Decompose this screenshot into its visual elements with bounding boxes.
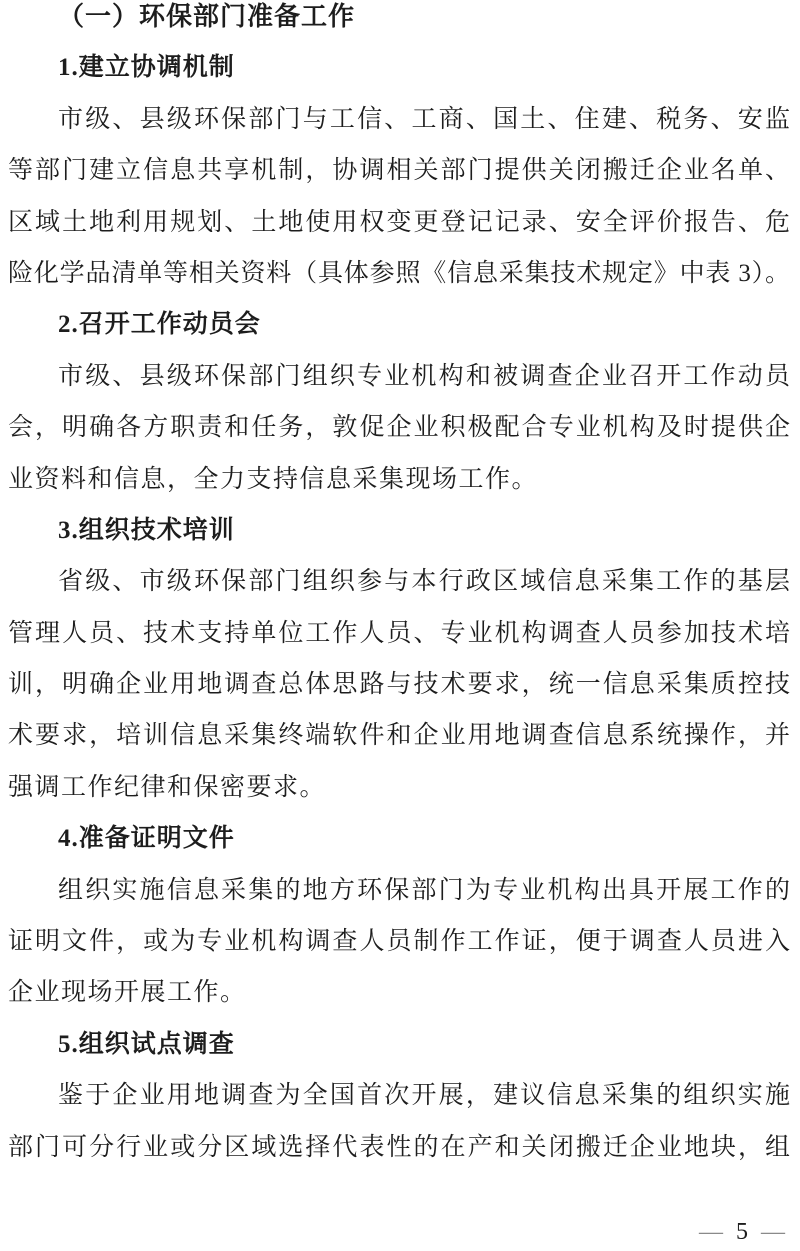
paragraph-line: 组织实施信息采集的地方环保部门为专业机构出具开展工作的: [8, 865, 790, 916]
paragraph-line: 训，明确企业用地调查总体思路与技术要求，统一信息采集质控技: [8, 659, 790, 710]
paragraph-line: 会，明确各方职责和任务，敦促企业积极配合专业机构及时提供企: [8, 402, 790, 453]
paragraph-line: 等部门建立信息共享机制，协调相关部门提供关闭搬迁企业名单、: [8, 145, 790, 196]
subsection-4-heading: 4.准备证明文件: [8, 813, 790, 864]
paragraph-line: 省级、市级环保部门组织参与本行政区域信息采集工作的基层: [8, 556, 790, 607]
page-footer: —5—: [699, 1220, 785, 1244]
subsection-5-heading: 5.组织试点调查: [8, 1019, 790, 1070]
paragraph-line: 鉴于企业用地调查为全国首次开展，建议信息采集的组织实施: [8, 1070, 790, 1121]
section-heading: （一）环保部门准备工作: [8, 0, 790, 42]
paragraph-line: 区域土地利用规划、土地使用权变更登记记录、安全评价报告、危: [8, 197, 790, 248]
paragraph-line: 管理人员、技术支持单位工作人员、专业机构调查人员参加技术培: [8, 608, 790, 659]
paragraph-line: 证明文件，或为专业机构调查人员制作工作证，便于调查人员进入: [8, 916, 790, 967]
paragraph-line: 术要求，培训信息采集终端软件和企业用地调查信息系统操作，并: [8, 710, 790, 761]
footer-dash-left: —: [699, 1219, 723, 1245]
paragraph-line: 险化学品清单等相关资料（具体参照《信息采集技术规定》中表 3）。: [8, 248, 790, 299]
subsection-3-heading: 3.组织技术培训: [8, 505, 790, 556]
footer-dash-right: —: [761, 1219, 785, 1245]
subsection-1-heading: 1.建立协调机制: [8, 42, 790, 93]
document-page: （一）环保部门准备工作 1.建立协调机制 市级、县级环保部门与工信、工商、国土、…: [0, 0, 800, 1251]
paragraph-line: 企业现场开展工作。: [8, 967, 790, 1018]
paragraph-line: 市级、县级环保部门与工信、工商、国土、住建、税务、安监: [8, 94, 790, 145]
paragraph-line: 市级、县级环保部门组织专业机构和被调查企业召开工作动员: [8, 351, 790, 402]
paragraph-line: 业资料和信息，全力支持信息采集现场工作。: [8, 454, 790, 505]
document-content: （一）环保部门准备工作 1.建立协调机制 市级、县级环保部门与工信、工商、国土、…: [0, 0, 800, 1173]
paragraph-line: 强调工作纪律和保密要求。: [8, 762, 790, 813]
paragraph-line: 部门可分行业或分区域选择代表性的在产和关闭搬迁企业地块，组: [8, 1122, 790, 1173]
page-number: 5: [736, 1219, 748, 1245]
subsection-2-heading: 2.召开工作动员会: [8, 299, 790, 350]
